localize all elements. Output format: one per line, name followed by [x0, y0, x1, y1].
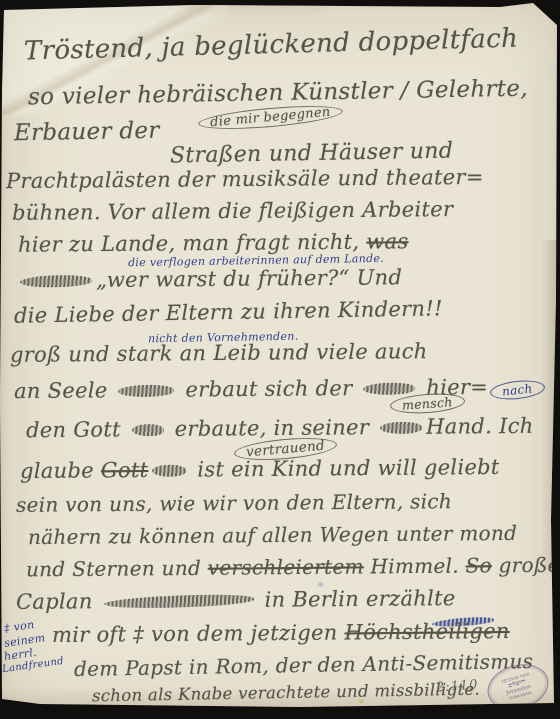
handwriting-text: sein von uns, wie wir von den Eltern, si… — [16, 489, 452, 517]
handwriting-text: glaube — [20, 458, 101, 483]
handwriting-text: nach — [489, 378, 545, 402]
handwriting-text: Tröstend, ja beglückend doppeltfach — [24, 24, 519, 67]
handwriting-text: was — [366, 229, 408, 253]
scribble-strikeout — [103, 593, 253, 611]
manuscript-line: so vieler hebräischen Künstler / Gelehrt… — [28, 76, 528, 111]
manuscript-line: glaube Gott ist ein Kind und will gelieb… — [20, 455, 500, 483]
scribble-strikeout — [152, 465, 186, 478]
handwriting-text: Himmel. — [364, 554, 466, 579]
manuscript-line: den Gott erbaute, in seiner Hand. Ich — [26, 414, 534, 442]
handwriting-text: mensch — [389, 391, 465, 415]
handwriting-text: so vieler hebräischen Künstler / Gelehrt… — [28, 76, 528, 111]
handwriting-text: an Seele — [14, 378, 115, 403]
manuscript-line: mensch — [390, 393, 465, 415]
manuscript-line: groß und stark an Leib und viele auch — [10, 339, 428, 367]
handwriting-text: und Sternen und — [26, 556, 208, 582]
scribble-strikeout — [118, 384, 174, 398]
manuscript-line: dem Papst in Rom, der den Anti-Semitismu… — [74, 649, 534, 681]
handwriting-text: erbaute, in seiner — [168, 415, 377, 441]
handwriting-text: ist ein Kind und will geliebt — [190, 455, 499, 482]
manuscript-line: nähern zu können auf allen Wegen unter m… — [28, 521, 517, 549]
handwriting-text: erbaut sich der — [178, 376, 359, 402]
manuscript-line: „wer warst du früher?“ Und — [16, 265, 402, 292]
shelfmark: 2:110 — [436, 678, 479, 696]
handwriting-text: mir oft ‡ von dem jetzigen — [52, 620, 345, 647]
manuscript-page: Tröstend, ja beglückend doppeltfachso vi… — [0, 0, 560, 719]
handwriting-text: schon als Knabe verachtete und missbilli… — [92, 680, 480, 706]
handwriting-text: groß und stark an Leib und viele auch — [10, 339, 428, 367]
handwriting-text: Caplan — [16, 589, 100, 614]
manuscript-line: und Sternen und verschleiertem Himmel. S… — [26, 553, 560, 582]
scribble-strikeout — [20, 274, 92, 289]
manuscript-line: mir oft ‡ von dem jetzigen Höchstheilige… — [52, 619, 510, 647]
handwriting-text: Gott — [101, 458, 149, 482]
handwriting-text: in Berlin erzählte — [257, 586, 455, 612]
manuscript-line: schon als Knabe verachtete und missbilli… — [92, 680, 480, 706]
handwriting-text: Hand. Ich — [426, 414, 534, 439]
handwriting-text: nähern zu können auf allen Wegen unter m… — [28, 521, 517, 549]
manuscript-line: nach — [489, 379, 545, 401]
manuscript-line: Caplan in Berlin erzählte — [16, 586, 456, 614]
handwriting-text: Straßen und Häuser und — [170, 139, 454, 169]
manuscript-line: Straßen und Häuser und — [170, 139, 454, 169]
scribble-strikeout — [380, 421, 422, 434]
scribble-strikeout — [132, 424, 164, 437]
handwriting-text: großer — [492, 553, 560, 578]
handwriting-text: verschleiertem — [208, 554, 364, 579]
manuscript-line: sein von uns, wie wir von den Eltern, si… — [16, 489, 452, 517]
manuscript-line: Erbauer der — [14, 118, 160, 147]
manuscript-line: Prachtpalästen der musiksäle und theater… — [6, 165, 484, 193]
handwriting-text: Höchstheiligen — [344, 619, 509, 644]
handwriting-text: bühnen. Vor allem die fleißigen Arbeiter — [12, 197, 453, 225]
handwriting-text: „wer warst du früher?“ Und — [96, 265, 402, 292]
scan-background: Tröstend, ja beglückend doppeltfachso vi… — [0, 0, 560, 719]
manuscript-line: Tröstend, ja beglückend doppeltfach — [24, 24, 519, 67]
handwriting-text: Erbauer der — [14, 118, 160, 147]
handwriting-text: die Liebe der Eltern zu ihren Kindern!! — [14, 296, 443, 327]
manuscript-line: bühnen. Vor allem die fleißigen Arbeiter — [12, 197, 453, 225]
handwriting-layer: Tröstend, ja beglückend doppeltfachso vi… — [0, 0, 560, 719]
handwriting-text: So — [466, 553, 493, 577]
handwriting-text: dem Papst in Rom, der den Anti-Semitismu… — [74, 649, 534, 681]
handwriting-text: Prachtpalästen der musiksäle und theater… — [6, 165, 484, 193]
manuscript-line: die mir begegnen — [198, 104, 344, 131]
manuscript-line: die Liebe der Eltern zu ihren Kindern!! — [14, 296, 443, 327]
handwriting-text: den Gott — [26, 417, 128, 442]
